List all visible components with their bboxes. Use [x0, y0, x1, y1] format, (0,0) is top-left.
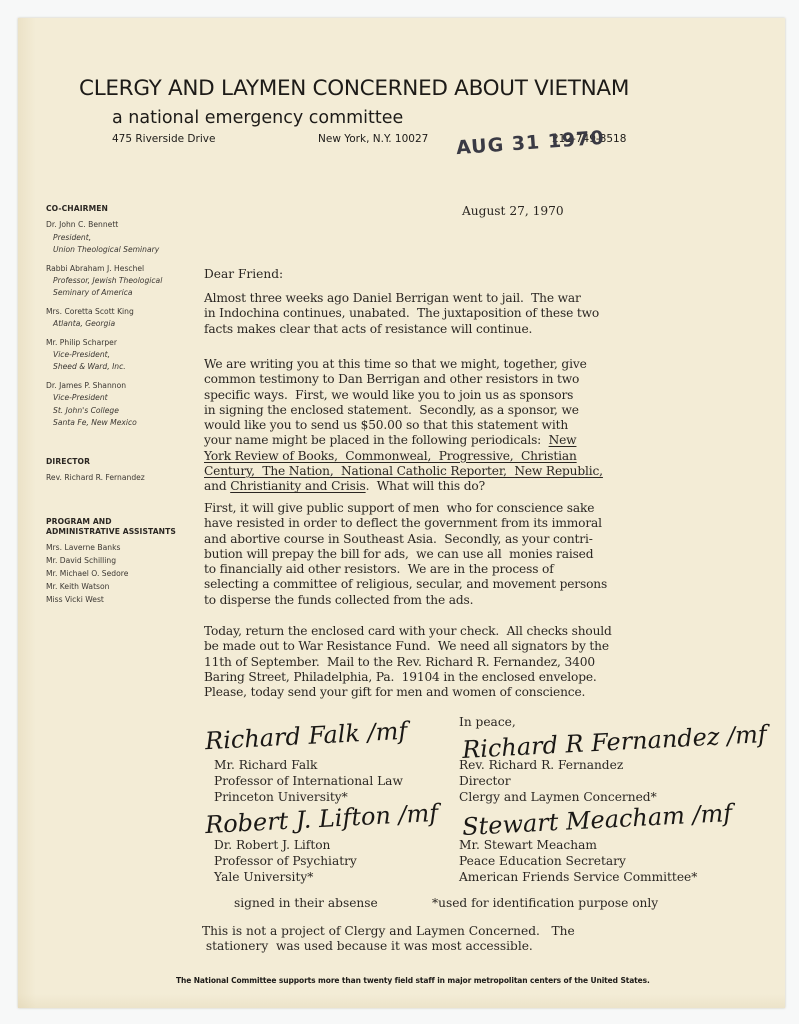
- signatory-org: Clergy and Laymen Concerned*: [459, 789, 657, 805]
- signatory-title: Director: [459, 773, 657, 789]
- periodicals-list-line2: York Review of Books, Commonweal, Progre…: [204, 449, 577, 463]
- periodicals-list-line3: Century, The Nation, National Catholic R…: [204, 464, 603, 478]
- salutation: Dear Friend:: [204, 267, 283, 281]
- closing: In peace,: [459, 715, 516, 729]
- co-chairman-name: Mr. Philip Scharper: [46, 337, 206, 349]
- co-chairman-name: Dr. John C. Bennett: [46, 219, 206, 231]
- city-address: New York, N.Y. 10027: [318, 133, 428, 145]
- co-chairman-role: St. John's College: [46, 405, 206, 417]
- co-chairman-role: Union Theological Seminary: [46, 244, 206, 256]
- periodicals-list-line4-lead: and: [204, 479, 230, 493]
- assistant-name: Mr. Keith Watson: [46, 580, 206, 593]
- assistants-list: Mrs. Laverne BanksMr. David SchillingMr.…: [46, 541, 206, 606]
- paragraph-3: First, it will give public support of me…: [204, 501, 724, 608]
- co-chairmen-list: Dr. John C. BennettPresident,Union Theol…: [46, 219, 206, 429]
- co-chairman: Dr. John C. BennettPresident,Union Theol…: [46, 219, 206, 256]
- identification-note: *used for identification purpose only: [432, 896, 658, 910]
- signatory-org: Yale University*: [214, 869, 357, 885]
- signatory-name: Dr. Robert J. Lifton: [214, 837, 357, 853]
- letterhead-footer: The National Committee supports more tha…: [176, 976, 650, 985]
- co-chairman-role: Vice-President: [46, 392, 206, 404]
- co-chairman: Rabbi Abraham J. HeschelProfessor, Jewis…: [46, 263, 206, 300]
- co-chairman: Mrs. Coretta Scott KingAtlanta, Georgia: [46, 306, 206, 331]
- co-chairman-role: Vice-President,: [46, 349, 206, 361]
- signatory-title: Professor of Psychiatry: [214, 853, 357, 869]
- signatory-lifton: Dr. Robert J. Lifton Professor of Psychi…: [214, 837, 357, 885]
- letter-date: August 27, 1970: [462, 204, 564, 218]
- co-chairman: Dr. James P. ShannonVice-PresidentSt. Jo…: [46, 380, 206, 430]
- signatory-meacham: Mr. Stewart Meacham Peace Education Secr…: [459, 837, 697, 885]
- signatory-name: Mr. Richard Falk: [214, 757, 403, 773]
- paragraph-4: Today, return the enclosed card with you…: [204, 624, 724, 700]
- assistant-name: Miss Vicki West: [46, 593, 206, 606]
- signatory-title: Peace Education Secretary: [459, 853, 697, 869]
- periodicals-list: New: [549, 433, 577, 447]
- co-chairman-role: Sheed & Ward, Inc.: [46, 361, 206, 373]
- director-name: Rev. Richard R. Fernandez: [46, 472, 206, 484]
- co-chairman: Mr. Philip ScharperVice-President,Sheed …: [46, 337, 206, 374]
- co-chairman-role: Santa Fe, New Mexico: [46, 417, 206, 429]
- signatory-org: American Friends Service Committee*: [459, 869, 697, 885]
- signatory-title: Professor of International Law: [214, 773, 403, 789]
- signatory-fernandez: Rev. Richard R. Fernandez Director Clerg…: [459, 757, 657, 805]
- assistant-name: Mr. David Schilling: [46, 554, 206, 567]
- assistants-heading-line2: ADMINISTRATIVE ASSISTANTS: [46, 527, 206, 537]
- co-chairman-role: President,: [46, 232, 206, 244]
- signed-in-absence-note: signed in their absense: [234, 896, 378, 910]
- paragraph-2: We are writing you at this time so that …: [204, 357, 724, 495]
- organization-title: CLERGY AND LAYMEN CONCERNED ABOUT VIETNA…: [79, 76, 629, 101]
- co-chairman-name: Rabbi Abraham J. Heschel: [46, 263, 206, 275]
- director-heading: DIRECTOR: [46, 456, 206, 468]
- co-chairman-role: Seminary of America: [46, 287, 206, 299]
- committee-sidebar: CO-CHAIRMEN Dr. John C. BennettPresident…: [46, 203, 206, 606]
- disclaimer: This is not a project of Clergy and Laym…: [202, 924, 575, 954]
- what-will-this-do: . What will this do?: [366, 479, 485, 493]
- paragraph-1: Almost three weeks ago Daniel Berrigan w…: [204, 291, 724, 337]
- assistants-heading-line1: PROGRAM AND: [46, 517, 206, 527]
- signatory-falk: Mr. Richard Falk Professor of Internatio…: [214, 757, 403, 805]
- periodicals-list-line4: Christianity and Crisis: [230, 479, 365, 493]
- assistant-name: Mrs. Laverne Banks: [46, 541, 206, 554]
- signatory-org: Princeton University*: [214, 789, 403, 805]
- street-address: 475 Riverside Drive: [112, 133, 215, 145]
- signatory-name: Rev. Richard R. Fernandez: [459, 757, 657, 773]
- paragraph-2-text: We are writing you at this time so that …: [204, 357, 587, 447]
- co-chairman-name: Mrs. Coretta Scott King: [46, 306, 206, 318]
- signatory-name: Mr. Stewart Meacham: [459, 837, 697, 853]
- co-chairman-name: Dr. James P. Shannon: [46, 380, 206, 392]
- assistant-name: Mr. Michael O. Sedore: [46, 567, 206, 580]
- organization-subtitle: a national emergency committee: [112, 108, 403, 128]
- co-chairman-role: Professor, Jewish Theological: [46, 275, 206, 287]
- co-chairmen-heading: CO-CHAIRMEN: [46, 203, 206, 215]
- co-chairman-role: Atlanta, Georgia: [46, 318, 206, 330]
